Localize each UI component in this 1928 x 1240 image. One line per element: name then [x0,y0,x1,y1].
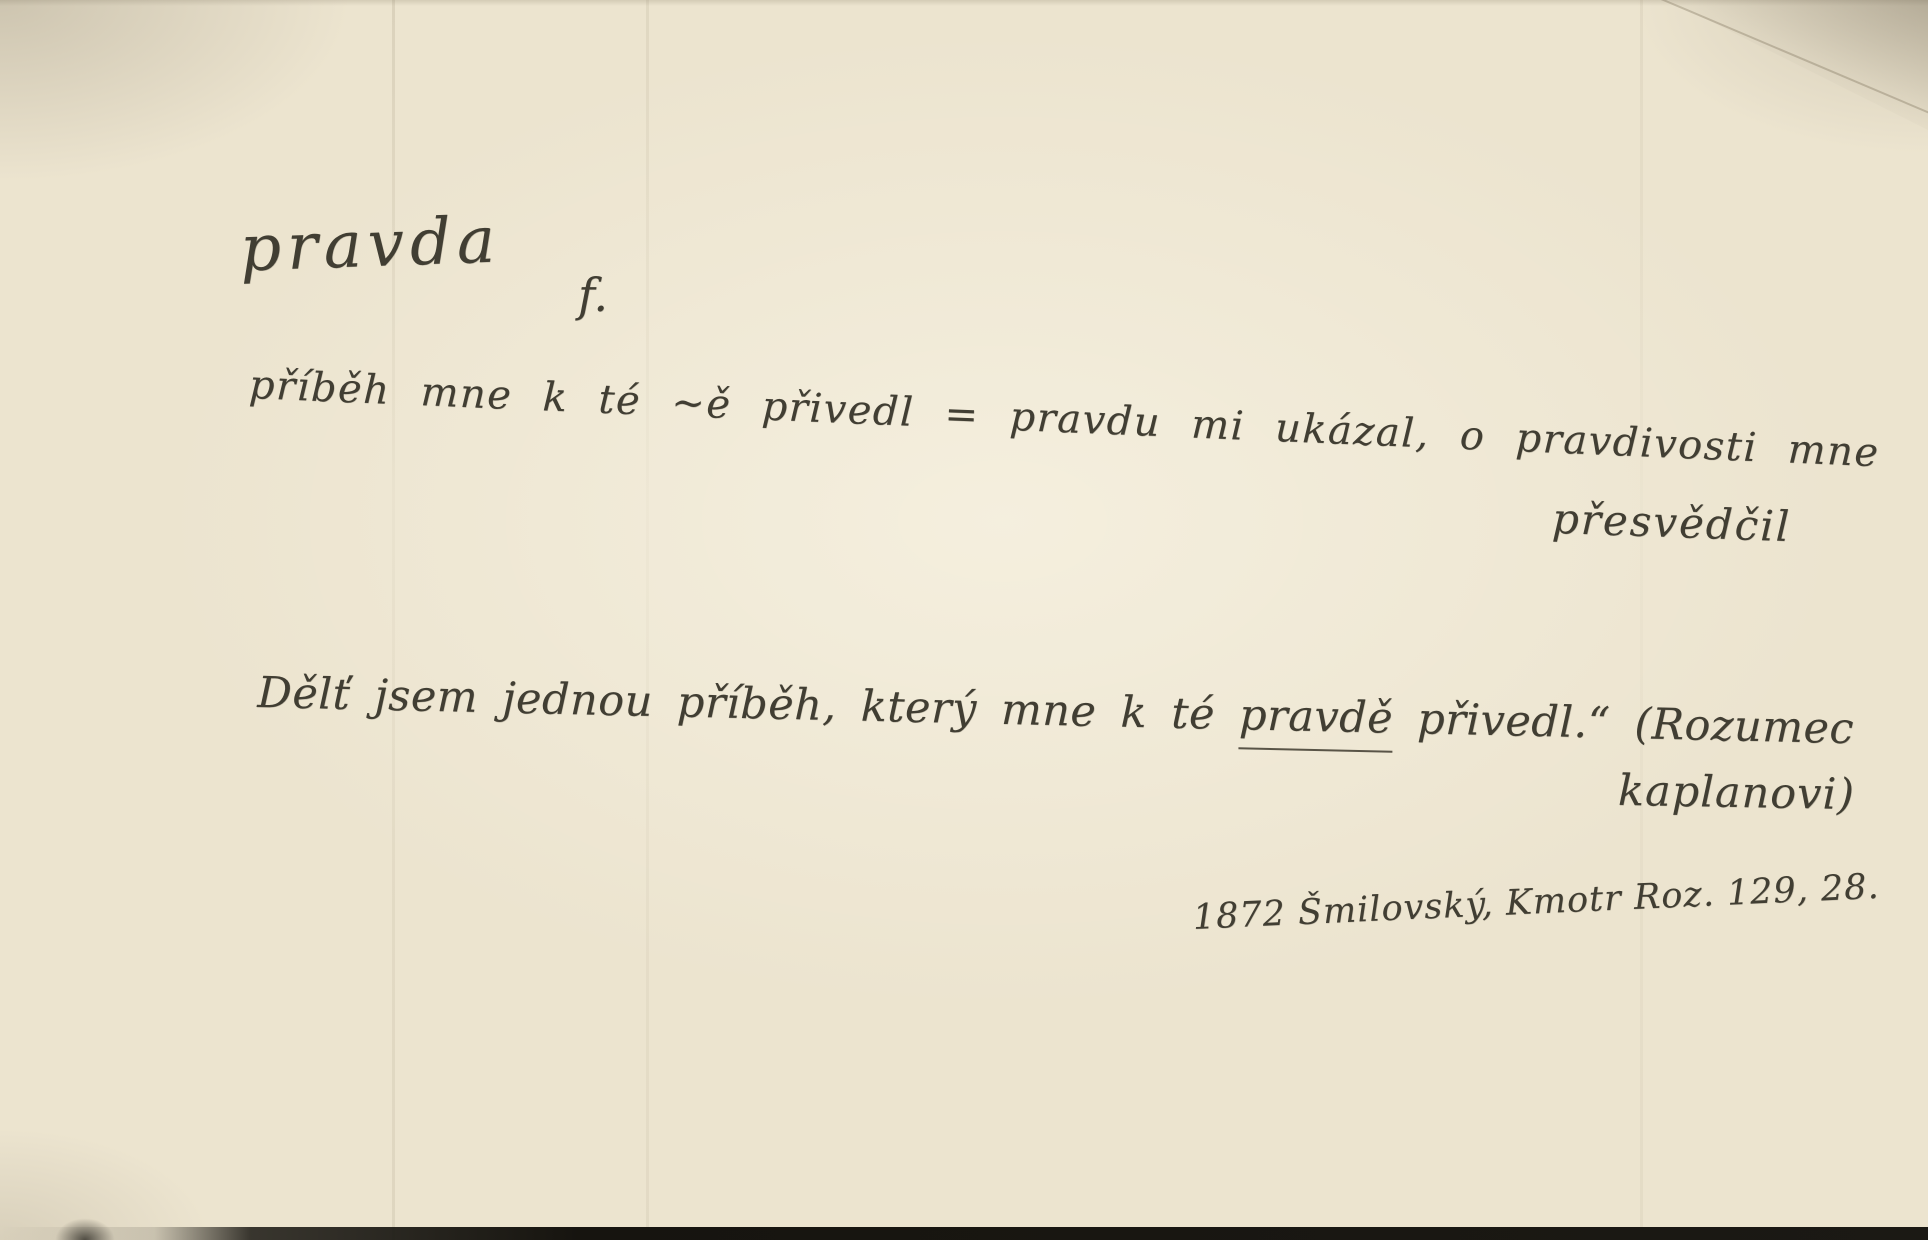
quotation-continuation: kaplanovi) [1618,766,1856,820]
quotation-part1: Dělť jsem jednou příběh, který mne k té [257,668,1240,740]
scanner-edge [0,1227,1928,1240]
citation-line: 1872 Šmilovský, Kmotr Roz. 129, 28. [1192,867,1880,938]
quotation-part2: přivedl.“ (Rozumec [1393,694,1855,754]
definition-line: příběh mne k té ~ě přivedl = pravdu mi u… [248,362,1881,476]
paper-crease [1640,0,1643,1240]
definition-continuation: přesvědčil [1551,494,1792,551]
paper-crease [392,0,395,1240]
paper-crease [646,0,649,1240]
manuscript-card: pravda f. příběh mne k té ~ě přivedl = p… [0,0,1928,1240]
quotation-underlined-word: pravdě [1238,690,1393,752]
quotation-line: Dělť jsem jednou příběh, který mne k té … [257,668,1855,754]
gender-note: f. [578,268,608,322]
scanner-edge-notch [55,1218,115,1240]
headword: pravda [239,203,502,286]
